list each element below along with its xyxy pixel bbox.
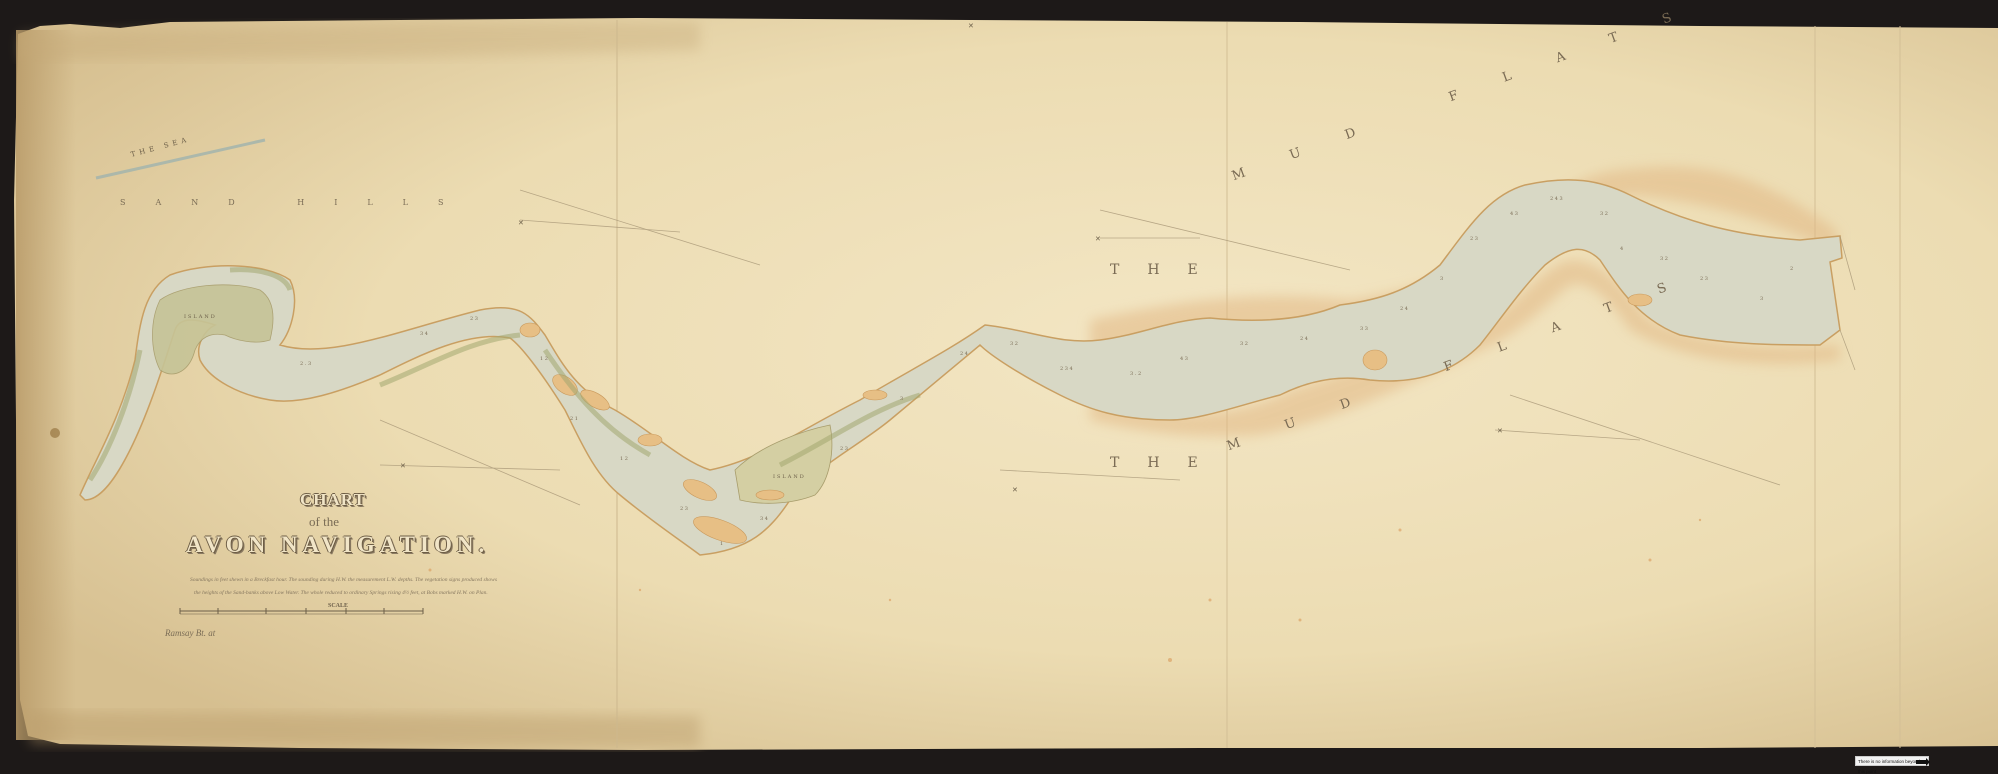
svg-text:3 4: 3 4 [420,331,428,337]
svg-text:1 2: 1 2 [540,356,548,362]
label-the-lower: THE [1110,455,1226,471]
label-warren: ISLAND [184,314,217,320]
svg-text:2 3: 2 3 [470,316,478,322]
svg-text:3 3: 3 3 [1360,326,1368,332]
svg-text:2 3: 2 3 [680,506,688,512]
svg-text:3 . 2: 3 . 2 [1130,371,1141,377]
svg-text:2 4 3: 2 4 3 [1550,196,1563,202]
svg-text:2 . 3: 2 . 3 [300,361,311,367]
svg-text:3 4: 3 4 [760,516,768,522]
svg-text:✕: ✕ [968,22,974,30]
svg-text:3: 3 [1760,296,1763,302]
chart-title-line1: CHART [300,490,366,510]
no-information-notice: There is no information beyond this poin… [1855,756,1929,766]
avon-navigation-chart: 2 . 33 42 3 1 22 11 2 2 313 4 2 332 4 3 … [0,0,1998,774]
svg-text:3: 3 [900,396,903,402]
arrow-right-icon [1916,760,1926,764]
svg-text:2: 2 [1790,266,1793,272]
svg-text:2 1: 2 1 [570,416,578,422]
chart-note-1: Soundings in feet shewn in a Breckfast h… [190,577,497,583]
svg-text:✕: ✕ [518,219,524,227]
svg-text:3 2: 3 2 [1010,341,1018,347]
label-island: ISLAND [773,474,806,480]
svg-text:4 3: 4 3 [1180,356,1188,362]
chart-title-line2: of the [309,514,339,530]
svg-text:2 4: 2 4 [960,351,968,357]
svg-text:2 4: 2 4 [1400,306,1408,312]
svg-text:3: 3 [1440,276,1443,282]
svg-text:1: 1 [720,541,723,547]
svg-text:✕: ✕ [1497,427,1503,435]
svg-text:✕: ✕ [400,462,406,470]
svg-text:1 2: 1 2 [620,456,628,462]
surveyor-signature: Ramsay Bt. at [165,628,215,638]
svg-text:2 3: 2 3 [1470,236,1478,242]
svg-text:4: 4 [1620,246,1623,252]
chart-title-main: AVON NAVIGATION. [186,532,489,558]
svg-text:✕: ✕ [1012,486,1018,494]
svg-text:4 3: 4 3 [1510,211,1518,217]
label-the-upper: THE [1110,262,1226,278]
label-sand-hills: SAND HILLS [120,198,473,207]
svg-text:3 2: 3 2 [1600,211,1608,217]
svg-text:2 3: 2 3 [840,446,848,452]
svg-text:2 3 4: 2 3 4 [1060,366,1073,372]
scale-label: SCALE [328,603,348,609]
chart-note-2: the heights of the Sand-banks above Low … [194,590,488,596]
svg-text:3 2: 3 2 [1660,256,1668,262]
svg-text:3 2: 3 2 [1240,341,1248,347]
svg-text:✕: ✕ [1095,235,1101,243]
svg-text:2 4: 2 4 [1300,336,1308,342]
